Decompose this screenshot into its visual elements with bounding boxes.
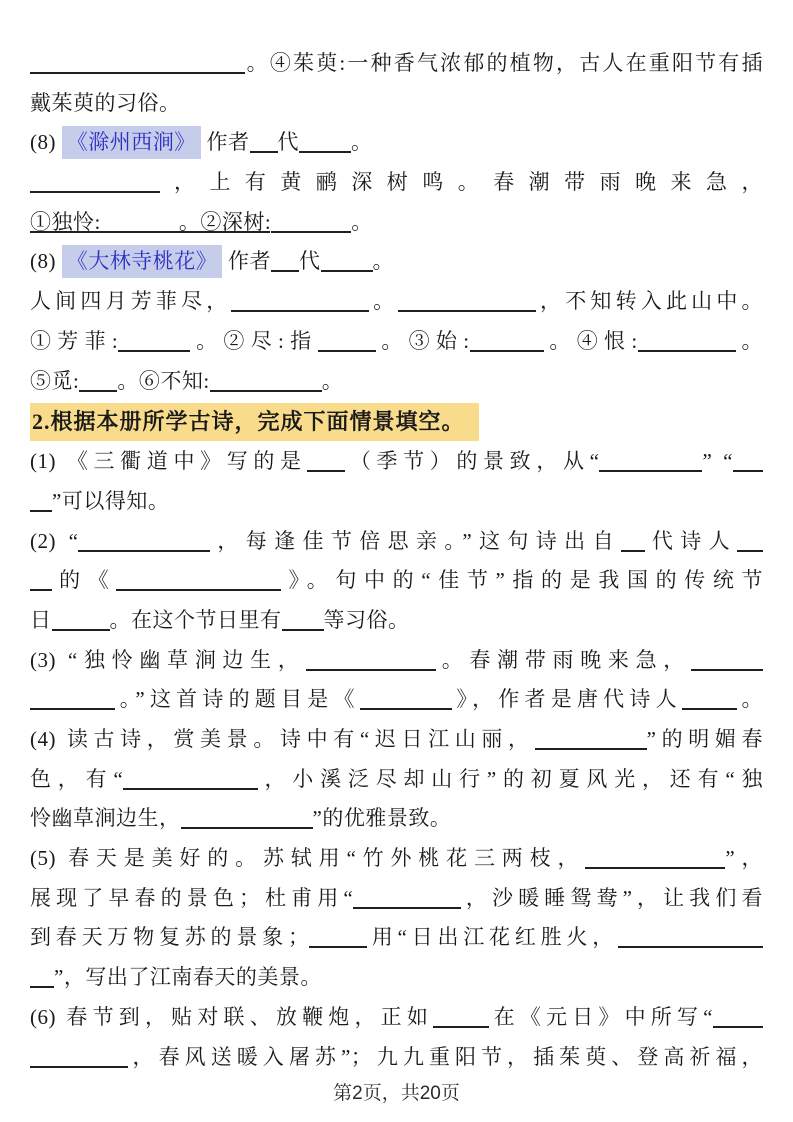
text-run: 代诗人 [645, 529, 737, 553]
text-run: 》。句中的“佳节”指的是我国的传统节 [281, 568, 763, 592]
text-run: 人间四月芳菲尽， [30, 289, 231, 313]
fill-in-blank [118, 350, 190, 352]
text-run: 。 [351, 210, 373, 234]
fill-in-blank [30, 1066, 128, 1068]
text-run: 展现了早春的景色；杜甫用“ [30, 886, 353, 910]
fill-in-blank [638, 350, 736, 352]
text-run: 。春潮带雨晚来急， [436, 648, 691, 672]
fill-in-blank [433, 1026, 489, 1028]
text-line: ①独怜:。②深树:。 [30, 203, 763, 243]
fill-in-blank [618, 946, 763, 948]
text-run: 。 [736, 329, 763, 353]
text-run: 。⑥不知: [117, 369, 209, 393]
text-run: 。 [737, 687, 763, 711]
text-line: (6) 春节到，贴对联、放鞭炮，正如在《元日》中所写“ [30, 998, 763, 1038]
text-run: ⑤觅: [30, 369, 79, 393]
text-run: 戴茱萸的习俗。 [30, 91, 181, 115]
fill-in-blank [78, 550, 210, 552]
text-run: ①芳菲: [30, 329, 118, 353]
text-run: 怜幽草涧边生， [30, 806, 181, 830]
fill-in-blank [353, 907, 461, 909]
text-run: 。②深树: [179, 210, 271, 234]
text-line: (3) “独怜幽草涧边生，。春潮带雨晚来急， [30, 641, 763, 681]
fill-in-blank [691, 669, 763, 671]
text-run: ”的优雅景致。 [313, 806, 452, 830]
fill-in-blank [123, 788, 258, 790]
document-body: 。④茱萸:一种香气浓郁的植物，古人在重阳节有插戴茱萸的习俗。(8) 《滁州西涧》… [30, 44, 763, 1077]
text-run: (8) [30, 249, 62, 273]
text-run: ”， [725, 846, 763, 870]
fill-in-blank [621, 550, 645, 552]
text-run: 。 [369, 289, 398, 313]
text-line: ⑤觅:。⑥不知:。 [30, 362, 763, 402]
fill-in-blank [306, 669, 436, 671]
text-run: 作者 [222, 249, 271, 273]
text-line: 色，有“，小溪泛尽却山行”的初夏风光，还有“独 [30, 760, 763, 800]
text-line: (2) “，每逢佳节倍思亲。”这句诗出自代诗人 [30, 522, 763, 562]
text-run: 。 [322, 369, 344, 393]
text-run: 。 [351, 130, 373, 154]
fill-in-blank [79, 390, 117, 392]
text-line: ，春风送暖入屠苏”；九九重阳节，插茱萸、登高祈福， [30, 1038, 763, 1078]
fill-in-blank [30, 708, 115, 710]
text-run: ，上有黄鹂深树鸣。春潮带雨晚来急， [160, 170, 763, 194]
text-run: ，每逢佳节倍思亲。”这句诗出自 [210, 529, 621, 553]
fill-in-blank [318, 350, 376, 352]
fill-in-blank [30, 510, 52, 512]
text-run: ”的明媚春 [647, 727, 763, 751]
text-line: 。④茱萸:一种香气浓郁的植物，古人在重阳节有插 [30, 44, 763, 84]
fill-in-blank [101, 231, 179, 233]
fill-in-blank [470, 350, 544, 352]
text-run: ” “ [702, 449, 733, 473]
text-line: ”，写出了江南春天的美景。 [30, 958, 763, 998]
fill-in-blank [30, 191, 160, 193]
fill-in-blank [250, 151, 278, 153]
fill-in-blank [30, 72, 245, 74]
text-line: (1) 《三衢道中》写的是（季节）的景致，从“” “ [30, 442, 763, 482]
fill-in-blank [535, 748, 647, 750]
fill-in-blank [585, 867, 725, 869]
fill-in-blank [116, 589, 281, 591]
text-run: 。 [373, 249, 395, 273]
fill-in-blank [231, 310, 369, 312]
text-line: 的《》。句中的“佳节”指的是我国的传统节 [30, 561, 763, 601]
poem-title-highlight: 《大林寺桃花》 [62, 245, 223, 278]
fill-in-blank [52, 629, 110, 631]
text-run: ，小溪泛尽却山行”的初夏风光，还有“独 [258, 767, 763, 791]
text-line: 日。在这个节日里有等习俗。 [30, 601, 763, 641]
text-line: 怜幽草涧边生，”的优雅景致。 [30, 799, 763, 839]
section-heading-highlight: 2.根据本册所学古诗，完成下面情景填空。 [30, 403, 479, 441]
text-run: (2) “ [30, 529, 78, 553]
fill-in-blank [398, 310, 536, 312]
text-run: (8) [30, 130, 62, 154]
fill-in-blank [271, 231, 351, 233]
text-run: ”，写出了江南春天的美景。 [54, 965, 322, 989]
page-footer: 第2页，共20页 [0, 1078, 793, 1105]
text-run: ”可以得知。 [52, 489, 169, 513]
text-line: (4) 读古诗，赏美景。诗中有“迟日江山丽，”的明媚春 [30, 720, 763, 760]
text-run: 代 [299, 249, 321, 273]
text-run: 。④恨: [544, 329, 638, 353]
text-run: ，春风送暖入屠苏”；九九重阳节，插茱萸、登高祈福， [128, 1045, 763, 1069]
fill-in-blank [737, 550, 763, 552]
text-run: (3) “独怜幽草涧边生， [30, 648, 306, 672]
fill-in-blank [599, 470, 702, 472]
text-run: 日 [30, 608, 52, 632]
text-run: (5) 春天是美好的。苏轼用“竹外桃花三两枝， [30, 846, 585, 870]
text-run: 。④茱萸:一种香气浓郁的植物，古人在重阳节有插 [245, 51, 763, 75]
text-line: 人间四月芳菲尽，。，不知转入此山中。 [30, 282, 763, 322]
fill-in-blank [682, 708, 737, 710]
fill-in-blank [713, 1026, 763, 1028]
fill-in-blank [271, 270, 299, 272]
text-line: 展现了早春的景色；杜甫用“，沙暖睡鸳鸯”，让我们看 [30, 879, 763, 919]
text-line: (8) 《滁州西涧》 作者代。 [30, 123, 763, 163]
fill-in-blank [360, 708, 452, 710]
fill-in-blank [307, 470, 345, 472]
fill-in-blank [309, 946, 367, 948]
text-run: 。②尽:指 [190, 329, 317, 353]
fill-in-blank [30, 589, 52, 591]
poem-title-highlight: 《滁州西涧》 [62, 126, 201, 159]
text-run: ①独怜: [30, 210, 101, 234]
text-line: ，上有黄鹂深树鸣。春潮带雨晚来急， [30, 163, 763, 203]
text-line: 戴茱萸的习俗。 [30, 84, 763, 124]
text-run: (4) 读古诗，赏美景。诗中有“迟日江山丽， [30, 727, 535, 751]
text-line: ①芳菲:。②尽:指。③始:。④恨:。 [30, 322, 763, 362]
text-run: （季节）的景致，从“ [345, 449, 600, 473]
fill-in-blank [181, 827, 313, 829]
text-run: 。”这首诗的题目是《 [115, 687, 360, 711]
text-line: 到春天万物复苏的景象；用“日出江花红胜火， [30, 918, 763, 958]
text-run: 》，作者是唐代诗人 [452, 687, 682, 711]
text-run: ，沙暖睡鸳鸯”，让我们看 [461, 886, 763, 910]
fill-in-blank [321, 270, 373, 272]
text-line: ”可以得知。 [30, 482, 763, 522]
text-run: 。在这个节日里有 [110, 608, 282, 632]
text-run: 到春天万物复苏的景象； [30, 925, 309, 949]
text-line: (8) 《大林寺桃花》 作者代。 [30, 242, 763, 282]
fill-in-blank [299, 151, 351, 153]
text-run: 2.根据本册所学古诗，完成下面情景填空。 [32, 409, 465, 434]
text-line: 。”这首诗的题目是《》，作者是唐代诗人。 [30, 680, 763, 720]
fill-in-blank [282, 629, 324, 631]
worksheet-page: 。④茱萸:一种香气浓郁的植物，古人在重阳节有插戴茱萸的习俗。(8) 《滁州西涧》… [0, 0, 793, 1122]
text-run: ，不知转入此山中。 [536, 289, 763, 313]
text-run: 。③始: [376, 329, 470, 353]
section-heading: 2.根据本册所学古诗，完成下面情景填空。 [30, 401, 763, 442]
text-line: (5) 春天是美好的。苏轼用“竹外桃花三两枝，”， [30, 839, 763, 879]
text-run: 的《 [52, 568, 116, 592]
text-run: 在《元日》中所写“ [489, 1005, 713, 1029]
text-run: 用“日出江花红胜火， [367, 925, 618, 949]
text-run: 等习俗。 [324, 608, 410, 632]
fill-in-blank [30, 986, 54, 988]
fill-in-blank [210, 390, 322, 392]
text-run: 作者 [201, 130, 250, 154]
fill-in-blank [733, 470, 763, 472]
text-run: 代 [278, 130, 300, 154]
text-run: (1) 《三衢道中》写的是 [30, 449, 307, 473]
text-run: 色，有“ [30, 767, 123, 791]
text-run: (6) 春节到，贴对联、放鞭炮，正如 [30, 1005, 433, 1029]
